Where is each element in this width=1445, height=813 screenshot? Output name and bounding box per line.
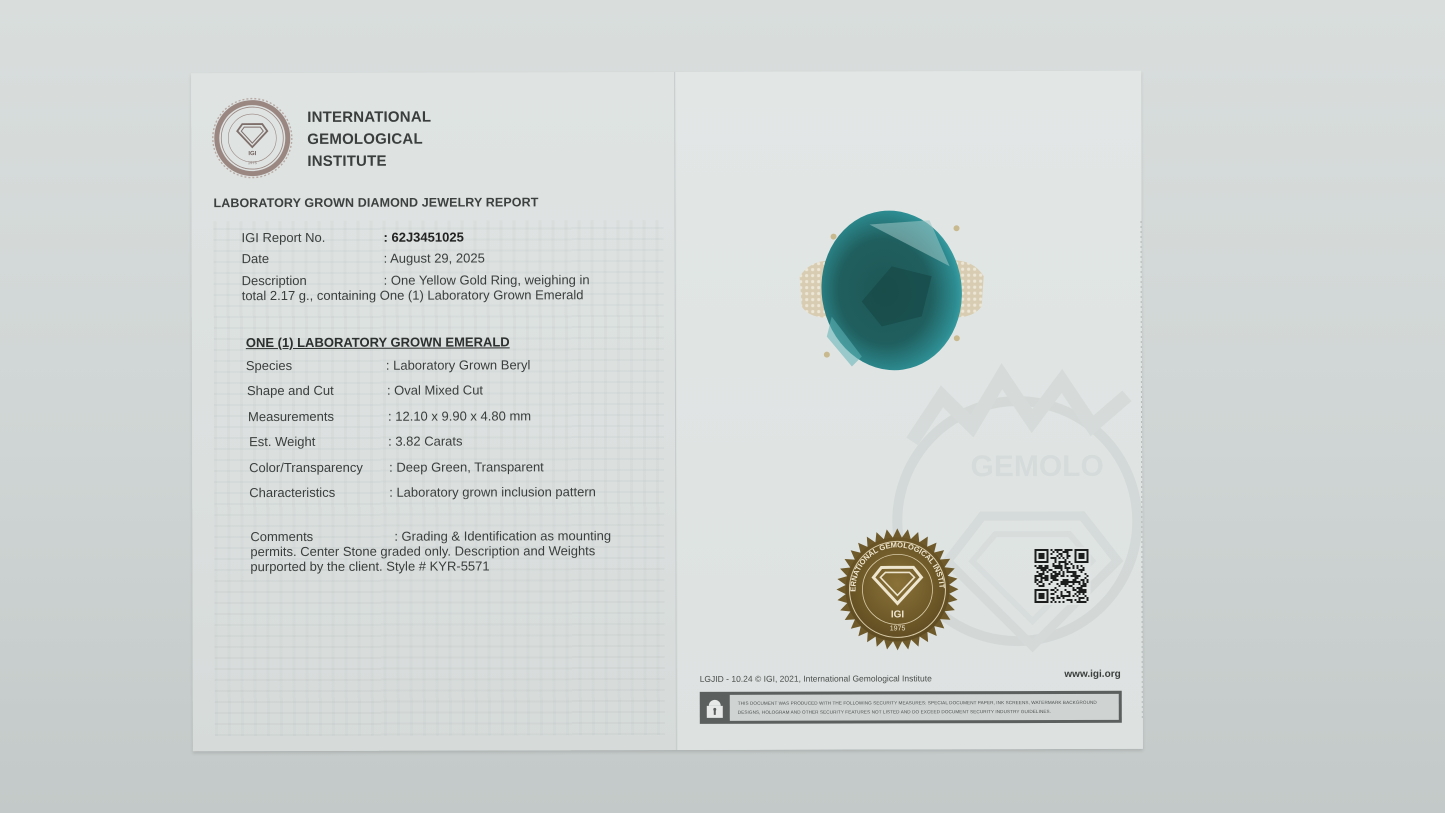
color-transparency-label: Color/Transparency <box>249 460 363 475</box>
comments-label: Comments <box>250 529 313 544</box>
igi-report-card: IGI 1975 INTERNATIONAL GEMOLOGICAL INSTI… <box>191 71 1143 751</box>
lock-icon <box>703 695 727 721</box>
security-notice-text: THIS DOCUMENT WAS PRODUCED WITH THE FOLL… <box>730 694 1119 721</box>
description-value: : One Yellow Gold Ring, weighing in <box>384 272 590 288</box>
qr-code[interactable] <box>1032 547 1090 605</box>
org-name-line: INTERNATIONAL <box>307 107 431 129</box>
copyright-text: LGJID - 10.24 © IGI, 2021, International… <box>700 673 932 684</box>
report-number-label: IGI Report No. <box>242 230 326 245</box>
comments-value-continued: permits. Center Stone graded only. Descr… <box>250 543 595 559</box>
est-weight-value: : 3.82 Carats <box>388 434 462 449</box>
date-value: : August 29, 2025 <box>384 250 485 265</box>
report-number-value: : 62J3451025 <box>384 230 464 245</box>
measurements-label: Measurements <box>248 409 334 424</box>
characteristics-label: Characteristics <box>249 485 335 500</box>
characteristics-value: : Laboratory grown inclusion pattern <box>389 484 596 500</box>
comments-value-continued: purported by the client. Style # KYR-557… <box>250 558 489 574</box>
svg-text:GEMOLO: GEMOLO <box>970 450 1103 483</box>
comments-value: : Grading & Identification as mounting <box>394 528 611 544</box>
security-notice-bar: THIS DOCUMENT WAS PRODUCED WITH THE FOLL… <box>700 691 1122 724</box>
image-panel: GEMOLO <box>676 71 1143 750</box>
shape-cut-value: : Oval Mixed Cut <box>387 382 483 397</box>
svg-text:IGI: IGI <box>891 609 905 620</box>
svg-text:IGI: IGI <box>248 151 256 157</box>
description-value-continued: total 2.17 g., containing One (1) Labora… <box>242 287 584 303</box>
org-name-line: INSTITUTE <box>307 151 431 173</box>
igi-gold-seal-icon: IGI 1975 INTERNATIONAL GEMOLOGICAL INSTI… <box>835 527 959 651</box>
emerald-ring-image <box>791 206 991 377</box>
svg-text:1975: 1975 <box>248 160 258 165</box>
org-name-line: GEMOLOGICAL <box>307 129 431 151</box>
igi-logo-seal-icon: IGI 1975 <box>211 97 293 179</box>
est-weight-label: Est. Weight <box>249 434 315 449</box>
species-label: Species <box>246 358 292 373</box>
website-link[interactable]: www.igi.org <box>1064 669 1120 680</box>
stone-section-title: ONE (1) LABORATORY GROWN EMERALD <box>246 334 510 350</box>
seal-year: 1975 <box>890 625 906 632</box>
species-value: : Laboratory Grown Beryl <box>386 357 531 372</box>
date-label: Date <box>242 251 270 266</box>
report-title: LABORATORY GROWN DIAMOND JEWELRY REPORT <box>213 195 538 210</box>
organization-name: INTERNATIONAL GEMOLOGICAL INSTITUTE <box>307 107 431 173</box>
description-label: Description <box>242 273 307 288</box>
perforation-edge <box>1141 221 1143 721</box>
shape-cut-label: Shape and Cut <box>247 383 334 398</box>
measurements-value: : 12.10 x 9.90 x 4.80 mm <box>388 408 531 423</box>
report-details-panel: IGI 1975 INTERNATIONAL GEMOLOGICAL INSTI… <box>191 72 677 751</box>
color-transparency-value: : Deep Green, Transparent <box>389 459 544 474</box>
